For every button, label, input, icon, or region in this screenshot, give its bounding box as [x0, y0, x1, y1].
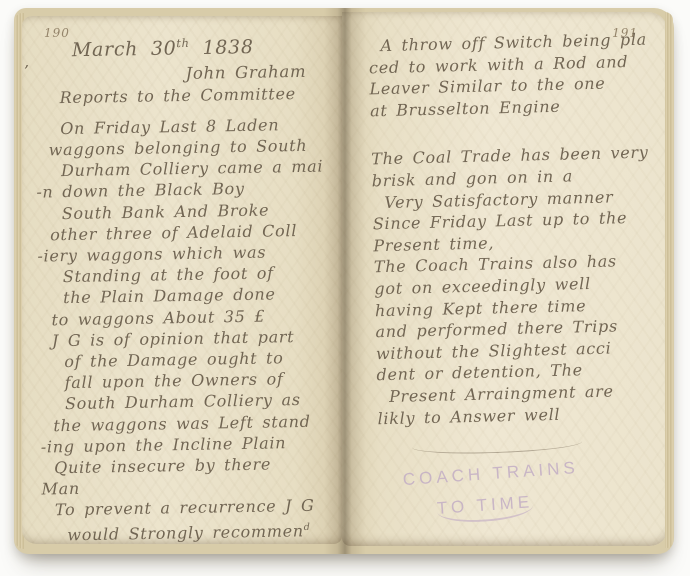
left-page: 190 ’ March 30th 1838John GrahamReports … [22, 16, 342, 544]
pencil-annotation-line: COACH TRAINS [402, 458, 579, 490]
pencil-annotation-line: TO TIME [436, 489, 582, 525]
pencil-underlined-text: TO TIME [436, 492, 534, 525]
manuscript-line: March 30th 1838 [32, 25, 329, 65]
ink-mark: ’ [24, 62, 29, 80]
manuscript-line: Reports to the Committee [33, 82, 329, 108]
left-page-text: March 30th 1838John GrahamReports to the… [32, 25, 337, 544]
right-page-text: A throw off Switch being placed to work … [353, 28, 665, 429]
right-page: 191 A throw off Switch being placed to w… [342, 12, 668, 546]
pencil-annotation: COACH TRAINS TO TIME [402, 458, 582, 527]
pen-flourish-stroke [412, 433, 582, 456]
manuscript-photo: 190 ’ March 30th 1838John GrahamReports … [0, 0, 690, 576]
open-minute-book: 190 ’ March 30th 1838John GrahamReports … [14, 8, 674, 554]
manuscript-line: would Strongly recommend [40, 516, 336, 544]
